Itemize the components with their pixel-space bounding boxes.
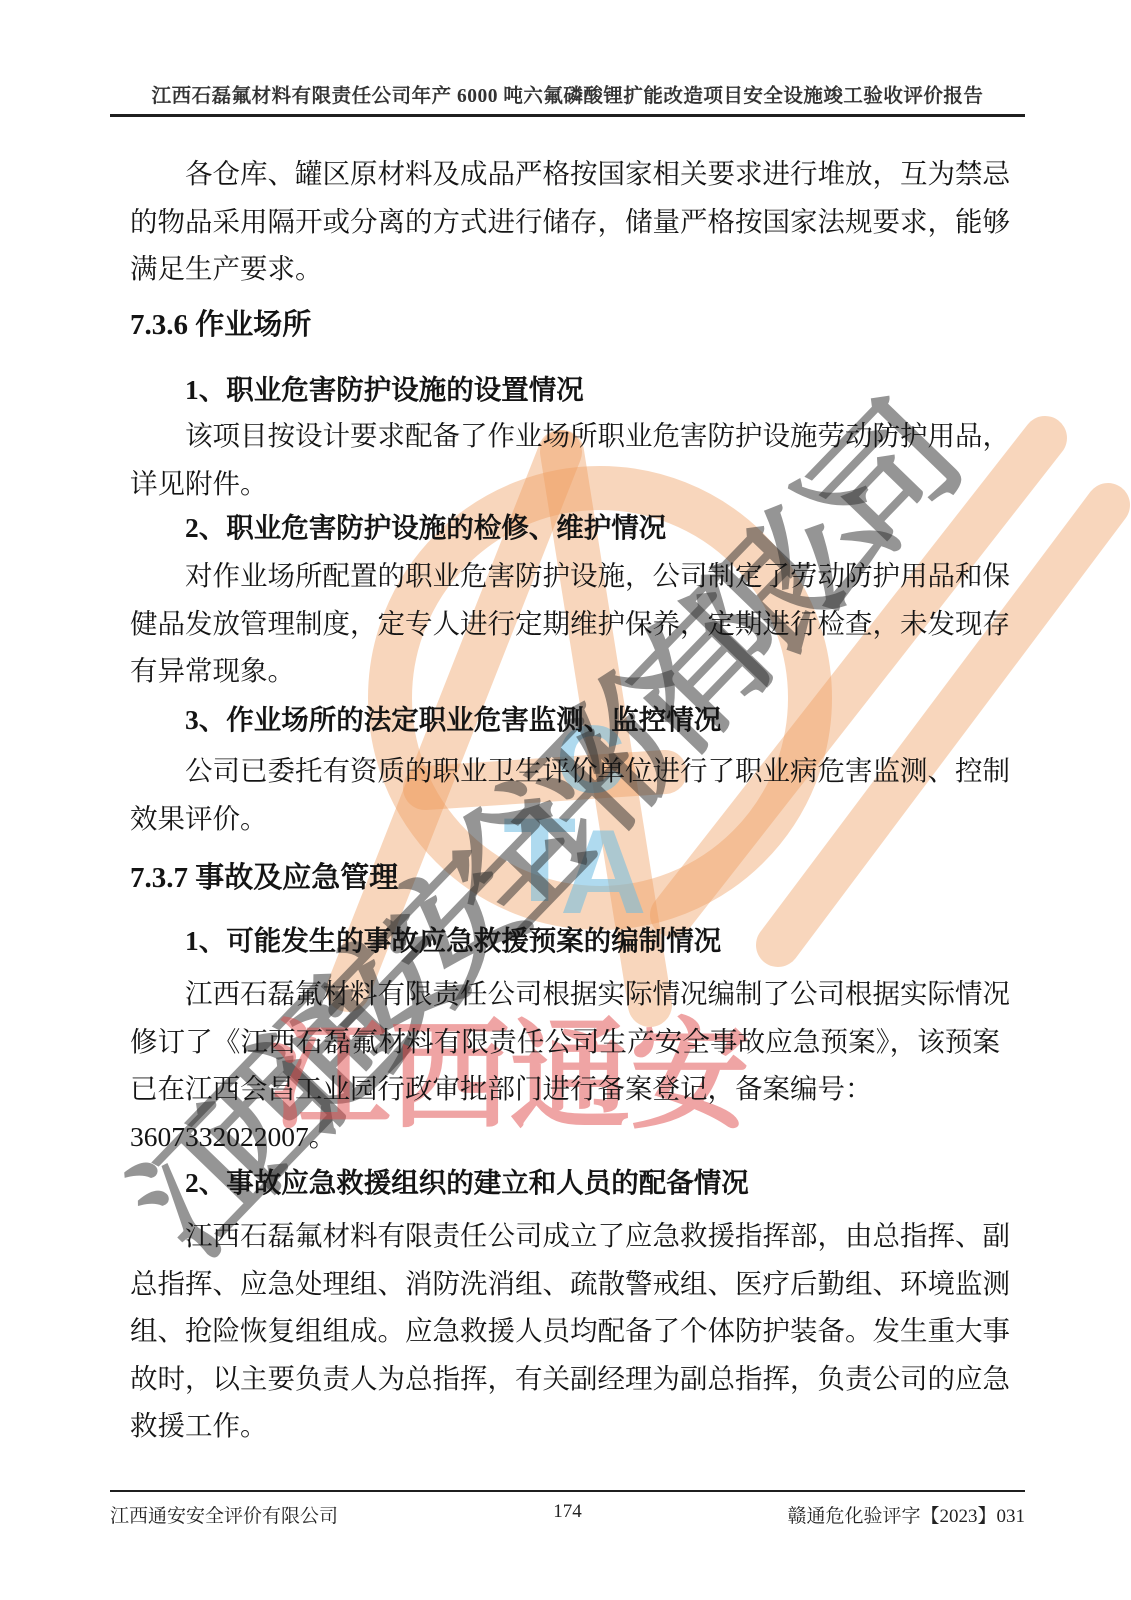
subheading-736-1: 1、职业危害防护设施的设置情况 xyxy=(130,370,1055,410)
section-heading-737: 7.3.7 事故及应急管理 xyxy=(130,858,1000,898)
text-line: 详见附件。 xyxy=(130,460,1000,508)
paragraph-737-1: 江西石磊氟材料有限责任公司根据实际情况编制了公司根据实际情况 修订了《江西石磊氟… xyxy=(130,970,1000,1160)
text-line: 3607332022007。 xyxy=(130,1113,1000,1161)
page-footer: 江西通安安全评价有限公司 174 赣通危化验评字【2023】031 xyxy=(110,1490,1025,1528)
text-line: 的物品采用隔开或分离的方式进行储存，储量严格按国家法规要求，能够 xyxy=(130,198,1000,246)
footer-page-number: 174 xyxy=(110,1501,1025,1523)
subheading-736-2: 2、职业危害防护设施的检修、维护情况 xyxy=(130,508,1055,548)
text-line: 江西石磊氟材料有限责任公司根据实际情况编制了公司根据实际情况 xyxy=(130,970,1000,1018)
text-line: 该项目按设计要求配备了作业场所职业危害防护设施劳动防护用品， xyxy=(130,412,1000,460)
paragraph-736-1: 该项目按设计要求配备了作业场所职业危害防护设施劳动防护用品， 详见附件。 xyxy=(130,412,1000,507)
subheading-737-1: 1、可能发生的事故应急救援预案的编制情况 xyxy=(130,921,1055,961)
text-layer: 江西石磊氟材料有限责任公司年产 6000 吨六氟磷酸锂扩能改造项目安全设施竣工验… xyxy=(0,0,1131,1600)
text-line: 健品发放管理制度，定专人进行定期维护保养，定期进行检查，未发现存 xyxy=(130,600,1000,648)
text-line: 各仓库、罐区原材料及成品严格按国家相关要求进行堆放，互为禁忌 xyxy=(130,150,1000,198)
text-line: 修订了《江西石磊氟材料有限责任公司生产安全事故应急预案》，该预案 xyxy=(130,1018,1000,1066)
report-title: 江西石磊氟材料有限责任公司年产 6000 吨六氟磷酸锂扩能改造项目安全设施竣工验… xyxy=(110,80,1025,108)
subheading-737-2: 2、事故应急救援组织的建立和人员的配备情况 xyxy=(130,1163,1055,1203)
text-line: 救援工作。 xyxy=(130,1402,1000,1450)
text-line: 有异常现象。 xyxy=(130,647,1000,695)
text-line: 组、抢险恢复组组成。应急救援人员均配备了个体防护装备。发生重大事 xyxy=(130,1307,1000,1355)
text-line: 江西石磊氟材料有限责任公司成立了应急救援指挥部，由总指挥、副 xyxy=(130,1212,1000,1260)
page-header: 江西石磊氟材料有限责任公司年产 6000 吨六氟磷酸锂扩能改造项目安全设施竣工验… xyxy=(110,80,1025,117)
text-line: 公司已委托有资质的职业卫生评价单位进行了职业病危害监测、控制 xyxy=(130,747,1000,795)
paragraph-storage: 各仓库、罐区原材料及成品严格按国家相关要求进行堆放，互为禁忌 的物品采用隔开或分… xyxy=(130,150,1000,293)
paragraph-736-3: 公司已委托有资质的职业卫生评价单位进行了职业病危害监测、控制 效果评价。 xyxy=(130,747,1000,842)
text-line: 满足生产要求。 xyxy=(130,245,1000,293)
paragraph-736-2: 对作业场所配置的职业危害防护设施，公司制定了劳动防护用品和保 健品发放管理制度，… xyxy=(130,552,1000,695)
text-line: 总指挥、应急处理组、消防洗消组、疏散警戒组、医疗后勤组、环境监测 xyxy=(130,1260,1000,1308)
text-line: 故时，以主要负责人为总指挥，有关副经理为副总指挥，负责公司的应急 xyxy=(130,1355,1000,1403)
subheading-736-3: 3、作业场所的法定职业危害监测、监控情况 xyxy=(130,700,1055,740)
document-page: C T A 江西通安安全评价有限公司 江西通安 江西石磊氟材料有限责任公司年产 … xyxy=(0,0,1131,1600)
section-heading-736: 7.3.6 作业场所 xyxy=(130,305,1000,345)
text-line: 已在江西会昌工业园行政审批部门进行备案登记，备案编号： xyxy=(130,1065,1000,1113)
text-line: 对作业场所配置的职业危害防护设施，公司制定了劳动防护用品和保 xyxy=(130,552,1000,600)
text-line: 效果评价。 xyxy=(130,795,1000,843)
paragraph-737-2: 江西石磊氟材料有限责任公司成立了应急救援指挥部，由总指挥、副 总指挥、应急处理组… xyxy=(130,1212,1000,1450)
